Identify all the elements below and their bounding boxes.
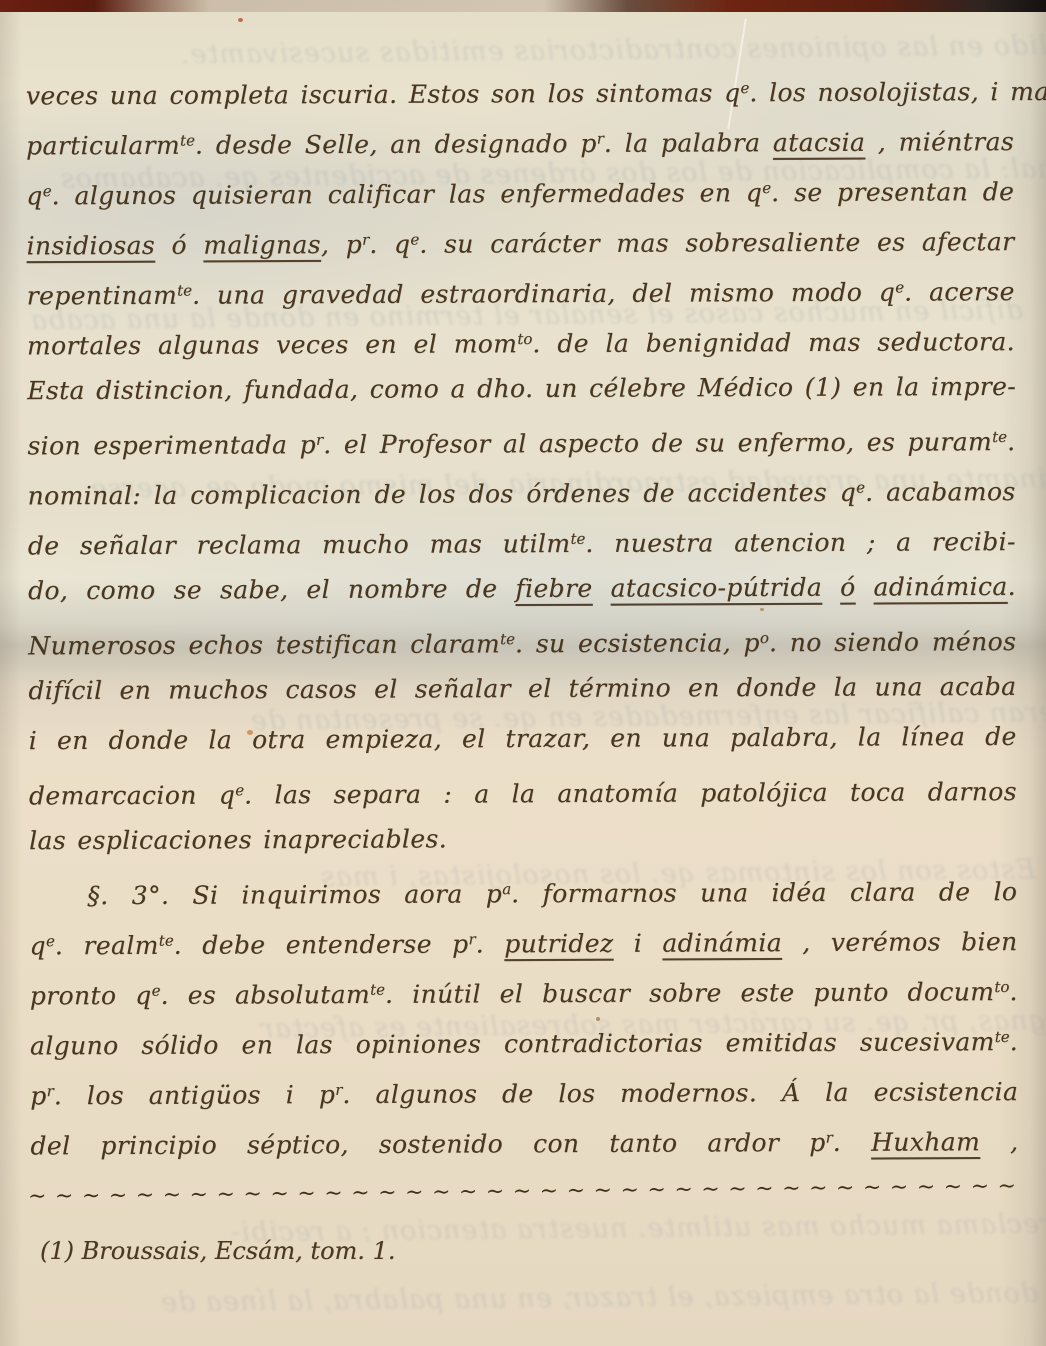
text-segment	[822, 573, 840, 602]
text-segment: Esta distincion, fundada, como a dho. un…	[27, 372, 1016, 405]
underlined-term: malignas	[203, 230, 321, 260]
text-segment: .	[1009, 977, 1017, 1006]
text-segment: alguno sólido en las opiniones contradic…	[30, 1027, 995, 1060]
manuscript-line: nominal: la complicacion de los dos órde…	[27, 462, 1015, 516]
text-segment: Numerosos echos testifican claram	[28, 629, 500, 660]
superscript-abbrev: e	[762, 179, 771, 197]
superscript-abbrev: r	[362, 231, 369, 249]
text-segment: de señalar reclama mucho mas utilm	[28, 529, 571, 560]
text-segment: repentinam	[27, 281, 178, 311]
manuscript-line: las esplicaciones inapreciables.	[29, 812, 1017, 866]
superscript-abbrev: r	[597, 130, 604, 148]
text-segment: . se presentan de	[771, 177, 1014, 207]
manuscript-line: qe. algunos quisieran calificar las enfe…	[26, 162, 1014, 216]
manuscript-line: de señalar reclama mucho mas utilmte. nu…	[28, 512, 1016, 566]
manuscript-line: particularmte. desde Selle, an designado…	[26, 112, 1014, 166]
manuscript-line: qe. realmte. debe entenderse pr. putride…	[29, 912, 1017, 966]
text-segment: . de la benignidad mas seductora.	[532, 327, 1015, 358]
underlined-term: atacsia	[773, 128, 866, 157]
text-segment: .	[1007, 427, 1015, 456]
manuscript-text: veces una completa iscuria. Estos son lo…	[0, 0, 1046, 1166]
manuscript-line: §. 3°. Si inquirimos aora pa. formarnos …	[29, 862, 1017, 916]
manuscript-line: insidiosas ó malignas, pr. qe. su caráct…	[26, 212, 1014, 266]
text-segment: , miéntras	[865, 127, 1014, 157]
superscript-abbrev: to	[517, 330, 532, 348]
text-segment: . debe entenderse p	[174, 929, 469, 959]
text-segment: . inútil el buscar sobre este punto docu…	[385, 977, 995, 1009]
underlined-term: adinámica	[873, 572, 1007, 602]
text-segment: . desde Selle, an designado p	[195, 129, 597, 160]
superscript-abbrev: a	[502, 880, 511, 898]
text-segment: , p	[321, 230, 362, 259]
text-segment: veces una completa iscuria. Estos son lo…	[26, 78, 741, 110]
text-segment: .	[1010, 1027, 1018, 1056]
text-segment: i	[613, 929, 662, 958]
superscript-abbrev: te	[992, 428, 1007, 446]
text-segment: . nuestra atencion ; a recibi-	[585, 527, 1016, 558]
underlined-term: ó	[840, 573, 856, 602]
text-segment: , verémos bien	[782, 927, 1018, 957]
superscript-abbrev: r	[316, 431, 323, 449]
superscript-abbrev: e	[152, 982, 161, 1000]
text-segment: i en donde la otra empieza, el trazar, e…	[29, 722, 1017, 755]
manuscript-line: difícil en muchos casos el señalar el té…	[28, 662, 1016, 716]
underlined-term: Huxham	[871, 1127, 980, 1156]
bleed-through-text: i en donde la otra empieza, el trazar, e…	[160, 1277, 1046, 1318]
manuscript-line: pr. los antigüos i pr. algunos de los mo…	[30, 1062, 1018, 1116]
text-segment: . algunos de los modernos. Á la ecsisten…	[342, 1077, 1018, 1109]
text-segment: q	[30, 931, 47, 960]
text-segment: ó	[155, 231, 203, 260]
underlined-term: atacsico-pútrida	[610, 573, 822, 603]
text-segment: . su ecsistencia, p	[515, 628, 760, 658]
manuscript-line: alguno sólido en las opiniones contradic…	[30, 1012, 1018, 1066]
superscript-abbrev: to	[994, 978, 1009, 996]
text-segment: . q	[369, 230, 410, 259]
manuscript-line: Numerosos echos testifican claramte. su …	[28, 612, 1016, 666]
text-segment: difícil en muchos casos el señalar el té…	[28, 672, 1016, 705]
manuscript-line: del principio séptico, sostenido con tan…	[30, 1112, 1018, 1166]
text-segment: . la palabra	[604, 128, 773, 158]
superscript-abbrev: te	[500, 630, 515, 648]
text-segment: . no siendo ménos	[769, 627, 1016, 657]
text-segment: . los antigüos i p	[54, 1080, 336, 1110]
text-segment: do, como se sabe, el nombre de	[28, 574, 515, 605]
text-segment: nominal: la complicacion de los dos órde…	[28, 478, 857, 511]
text-segment: mortales algunas veces en el mom	[27, 329, 517, 360]
superscript-abbrev: te	[995, 1028, 1010, 1046]
text-segment: . las separa : a la anatomía patolójica …	[244, 777, 1017, 809]
text-segment: . una gravedad estraordinaria, del mismo…	[192, 278, 895, 310]
text-segment: . es absolutam	[160, 980, 370, 1010]
manuscript-line: mortales algunas veces en el momto. de l…	[27, 312, 1015, 366]
footnote: (1) Broussais, Ecsám, tom. 1.	[40, 1228, 1016, 1274]
superscript-abbrev: te	[177, 281, 192, 299]
text-segment: demarcacion q	[29, 781, 235, 811]
text-segment: del principio séptico, sostenido con tan…	[30, 1128, 825, 1160]
manuscript-line: repentinamte. una gravedad estraordinari…	[27, 262, 1015, 316]
superscript-abbrev: r	[47, 1082, 54, 1100]
text-segment: . formarnos una idéa clara de lo	[511, 877, 1017, 908]
text-segment: (1) Broussais, Ecsám, tom. 1.	[40, 1237, 395, 1265]
text-segment: sion esperimentada p	[27, 430, 316, 460]
text-segment: pronto q	[30, 981, 152, 1011]
superscript-abbrev: te	[570, 530, 585, 548]
text-segment: . acerse	[904, 277, 1015, 306]
text-segment	[593, 574, 611, 603]
text-segment: p	[30, 1081, 47, 1110]
superscript-abbrev: o	[760, 629, 769, 647]
text-segment: las esplicaciones inapreciables.	[29, 824, 447, 855]
text-segment: . los nosolojistas, i mas	[749, 77, 1046, 107]
text-segment: particularm	[26, 131, 180, 161]
superscript-abbrev: te	[159, 932, 174, 950]
text-segment: .	[833, 1128, 871, 1157]
superscript-abbrev: te	[180, 131, 195, 149]
manuscript-page: alguno sólido en las opiniones contradic…	[0, 0, 1046, 1346]
text-segment: ,	[980, 1127, 1018, 1156]
manuscript-line: sion esperimentada pr. el Profesor al as…	[27, 412, 1015, 466]
text-segment: . acabamos	[865, 477, 1016, 507]
manuscript-line: pronto qe. es absolutamte. inútil el bus…	[30, 962, 1018, 1016]
superscript-abbrev: te	[370, 981, 385, 999]
manuscript-line: Esta distincion, fundada, como a dho. un…	[27, 362, 1015, 416]
manuscript-line: do, como se sabe, el nombre de fiebre at…	[28, 562, 1016, 616]
text-segment: . algunos quisieran calificar las enferm…	[52, 178, 763, 210]
underlined-term: adinámia	[662, 928, 782, 958]
text-segment: . su carácter mas sobresaliente es afect…	[419, 227, 1014, 259]
manuscript-line: demarcacion qe. las separa : a la anatom…	[29, 762, 1017, 816]
text-segment	[855, 572, 873, 601]
text-segment: q	[26, 181, 43, 210]
underlined-term: fiebre	[515, 574, 592, 603]
manuscript-line: veces una completa iscuria. Estos son lo…	[26, 62, 1014, 116]
text-segment: . el Profesor al aspecto de su enfermo, …	[323, 427, 992, 459]
manuscript-line: i en donde la otra empieza, el trazar, e…	[29, 712, 1017, 766]
underlined-term: insidiosas	[26, 231, 155, 261]
text-segment: .	[476, 929, 505, 958]
underlined-term: putridez	[504, 929, 613, 958]
superscript-abbrev: e	[410, 230, 419, 248]
text-segment: . realm	[55, 931, 159, 960]
text-segment: .	[1008, 572, 1016, 601]
text-segment: §. 3°. Si inquirimos aora p	[87, 879, 502, 910]
superscript-abbrev: e	[235, 781, 244, 799]
